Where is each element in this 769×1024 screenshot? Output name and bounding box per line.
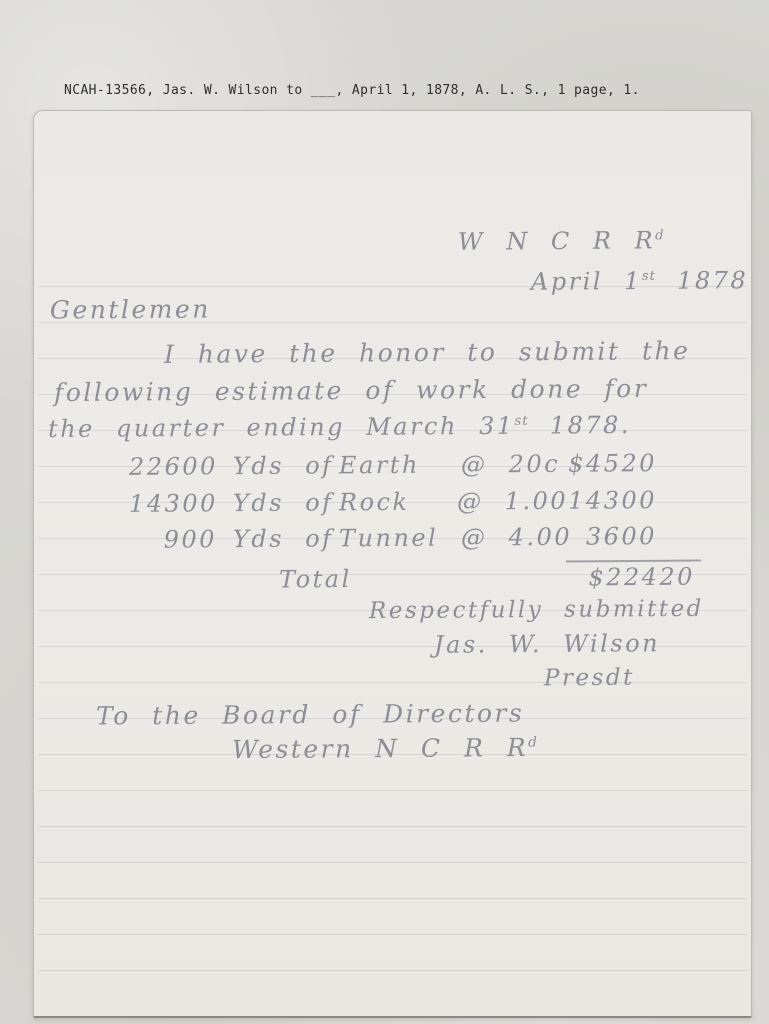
closing-line: Respectfully submitted: [369, 596, 704, 624]
item-material: Rock: [339, 488, 453, 517]
item-material: Earth: [339, 451, 457, 480]
caption-line-1: NCAH-13566, Jas. W. Wilson to ___, April…: [64, 82, 640, 99]
date-text: April 1: [531, 267, 642, 296]
signature: Jas. W. Wilson: [434, 629, 660, 659]
date-superscript: st: [642, 269, 656, 284]
letter-page: W N C R Rd April 1st 1878 Gentlemen I ha…: [33, 110, 752, 1018]
item-amount: 3600: [586, 522, 657, 550]
letterhead-railroad-initials: W N C R Rd: [458, 226, 665, 255]
addressee-line-2: Western N C R Rd: [232, 733, 538, 764]
item-rate: @ 1.00: [457, 487, 568, 516]
letterhead-text: W N C R R: [458, 226, 655, 255]
item-amount: 14300: [568, 486, 657, 515]
salutation: Gentlemen: [50, 294, 211, 324]
scanned-document-background: NCAH-13566, Jas. W. Wilson to ___, April…: [0, 0, 769, 1024]
letterhead-superscript: d: [655, 228, 665, 243]
date-year: 1878: [656, 266, 748, 295]
addressee-railroad-text: Western N C R R: [232, 733, 528, 764]
item-unit: Yds of: [233, 451, 333, 480]
total-row: Total $22420: [279, 560, 701, 594]
signature-title: Presdt: [544, 665, 635, 692]
addressee-superscript: d: [528, 735, 538, 751]
estimate-row-rock: 14300 Yds of Rock @ 1.00 14300: [129, 486, 657, 518]
body-line-3-text: the quarter ending March 31: [48, 412, 515, 443]
total-label: Total: [279, 565, 352, 594]
item-quantity: 900: [129, 525, 217, 554]
body-line-3-superscript: st: [514, 414, 528, 429]
body-line-3: the quarter ending March 31st 1878.: [48, 411, 631, 443]
item-unit: Yds of: [233, 488, 333, 517]
item-quantity: 22600: [129, 452, 217, 481]
item-rate: @ 4.00: [461, 523, 572, 552]
letter-date: April 1st 1878: [531, 266, 748, 296]
estimate-row-earth: 22600 Yds of Earth @ 20c $4520: [129, 449, 657, 481]
item-rate: @ 20c: [461, 450, 560, 479]
item-unit: Yds of: [233, 524, 333, 553]
body-line-1: I have the honor to submit the: [164, 336, 691, 369]
body-line-3-year: 1878.: [529, 411, 632, 440]
item-amount: $4520: [568, 449, 657, 478]
body-line-2: following estimate of work done for: [54, 374, 648, 407]
addressee-line-1: To the Board of Directors: [96, 699, 524, 731]
item-material: Tunnel: [339, 524, 457, 553]
item-quantity: 14300: [129, 489, 217, 518]
total-amount: $22420: [566, 560, 701, 592]
estimate-row-tunnel: 900 Yds of Tunnel @ 4.00 3600: [129, 522, 657, 554]
